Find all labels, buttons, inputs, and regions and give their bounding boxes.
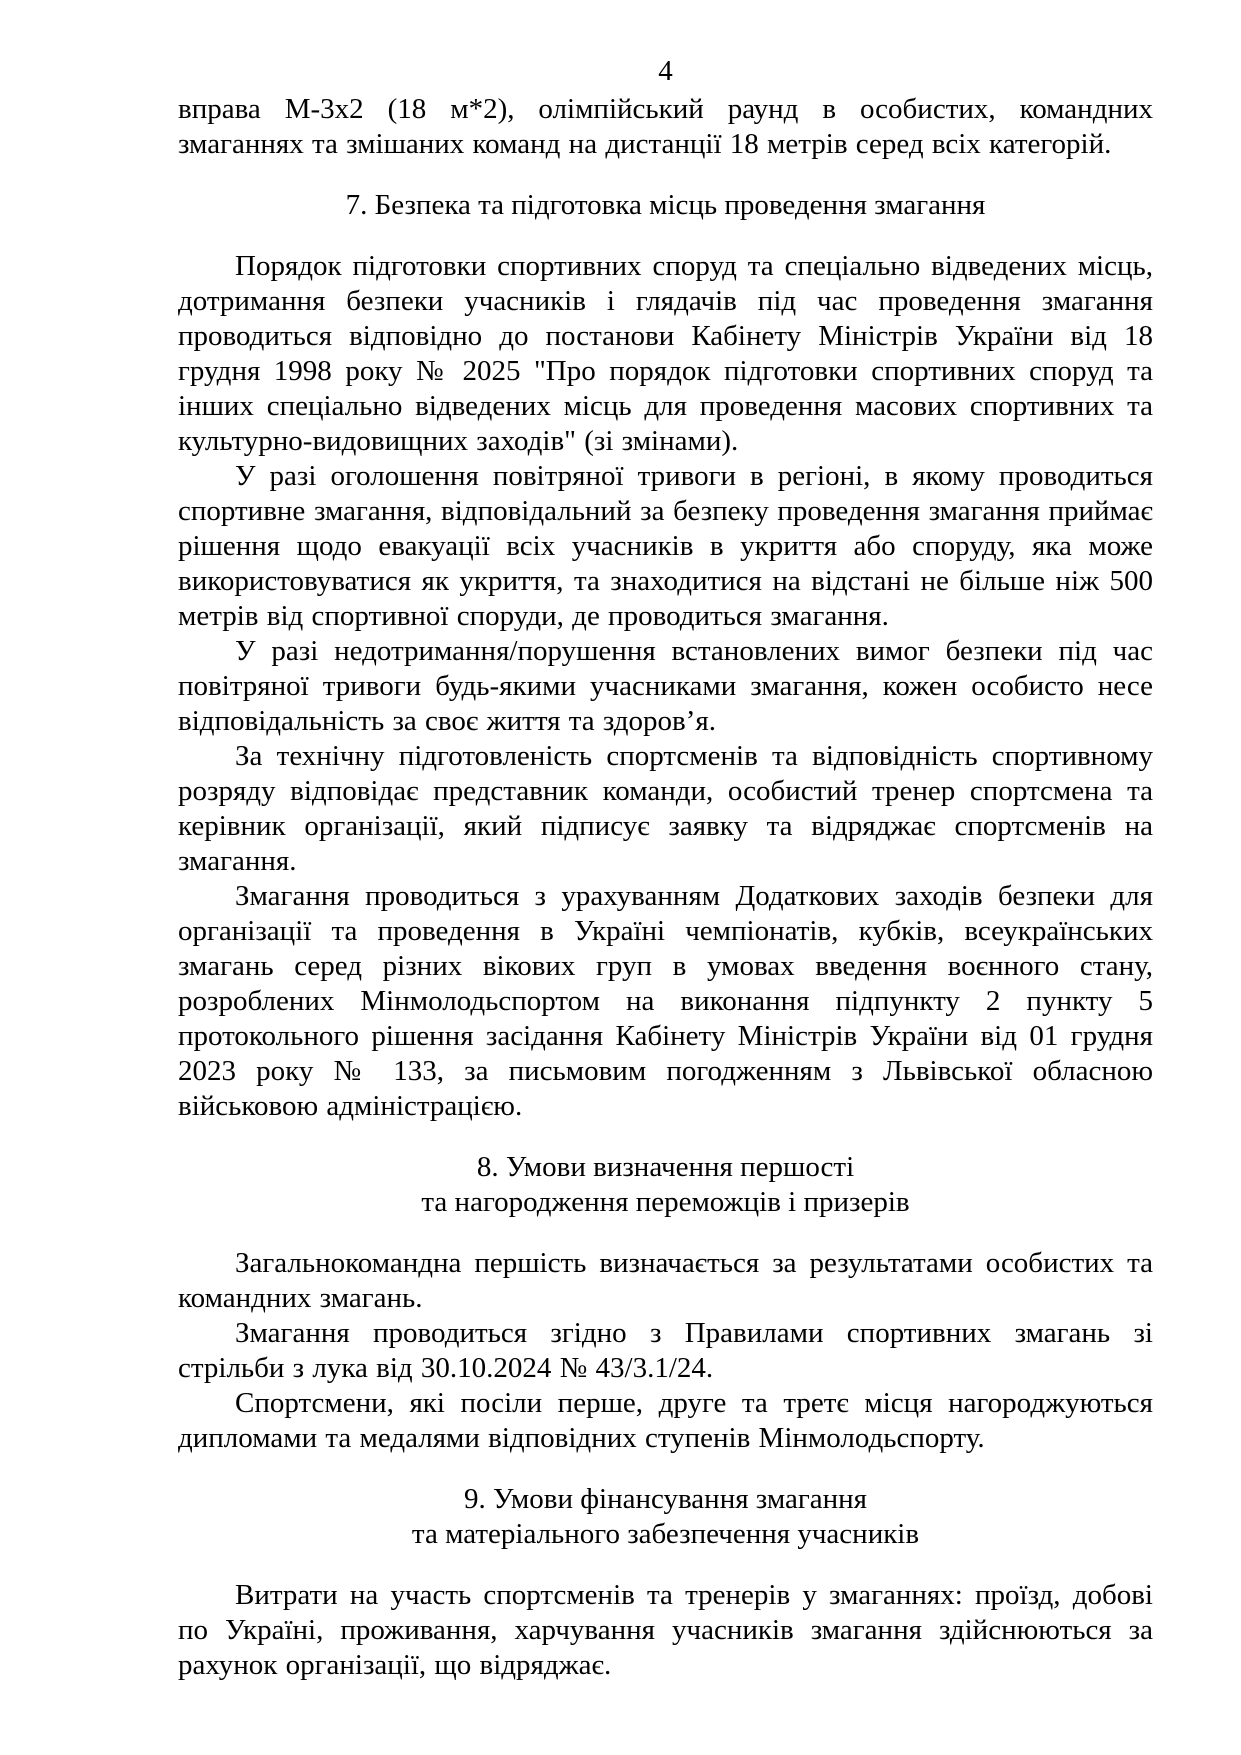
section-8-paragraph-2: Змагання проводиться згідно з Правилами … bbox=[178, 1316, 1153, 1386]
section-7-paragraph-3: У разі недотримання/порушення встановлен… bbox=[178, 634, 1153, 739]
section-7-paragraph-4: За технічну підготовленість спортсменів … bbox=[178, 739, 1153, 879]
section-8-paragraph-1: Загальнокомандна першість визначається з… bbox=[178, 1246, 1153, 1316]
section-7-paragraph-5: Змагання проводиться з урахуванням Додат… bbox=[178, 879, 1153, 1124]
document-page: 4 вправа М-3х2 (18 м*2), олімпійський ра… bbox=[0, 0, 1241, 1755]
section-9-heading-line-2: та матеріального забезпечення учасників bbox=[178, 1517, 1153, 1552]
section-7-paragraph-1: Порядок підготовки спортивних споруд та … bbox=[178, 249, 1153, 459]
section-8-heading-line-2: та нагородження переможців і призерів bbox=[178, 1185, 1153, 1220]
paragraph-continuation: вправа М-3х2 (18 м*2), олімпійський раун… bbox=[178, 92, 1153, 162]
section-8-paragraph-3: Спортсмени, які посіли перше, друге та т… bbox=[178, 1386, 1153, 1456]
page-number: 4 bbox=[178, 54, 1153, 89]
section-8-heading-line-1: 8. Умови визначення першості bbox=[178, 1150, 1153, 1185]
section-9-paragraph-1: Витрати на участь спортсменів та тренері… bbox=[178, 1578, 1153, 1683]
section-7-heading: 7. Безпека та підготовка місць проведенн… bbox=[178, 188, 1153, 223]
page-content: 4 вправа М-3х2 (18 м*2), олімпійський ра… bbox=[178, 54, 1153, 1683]
section-9-heading: 9. Умови фінансування змагання та матері… bbox=[178, 1482, 1153, 1552]
section-8-heading: 8. Умови визначення першості та нагородж… bbox=[178, 1150, 1153, 1220]
section-9-heading-line-1: 9. Умови фінансування змагання bbox=[178, 1482, 1153, 1517]
section-7-heading-line: 7. Безпека та підготовка місць проведенн… bbox=[178, 188, 1153, 223]
section-7-paragraph-2: У разі оголошення повітряної тривоги в р… bbox=[178, 459, 1153, 634]
